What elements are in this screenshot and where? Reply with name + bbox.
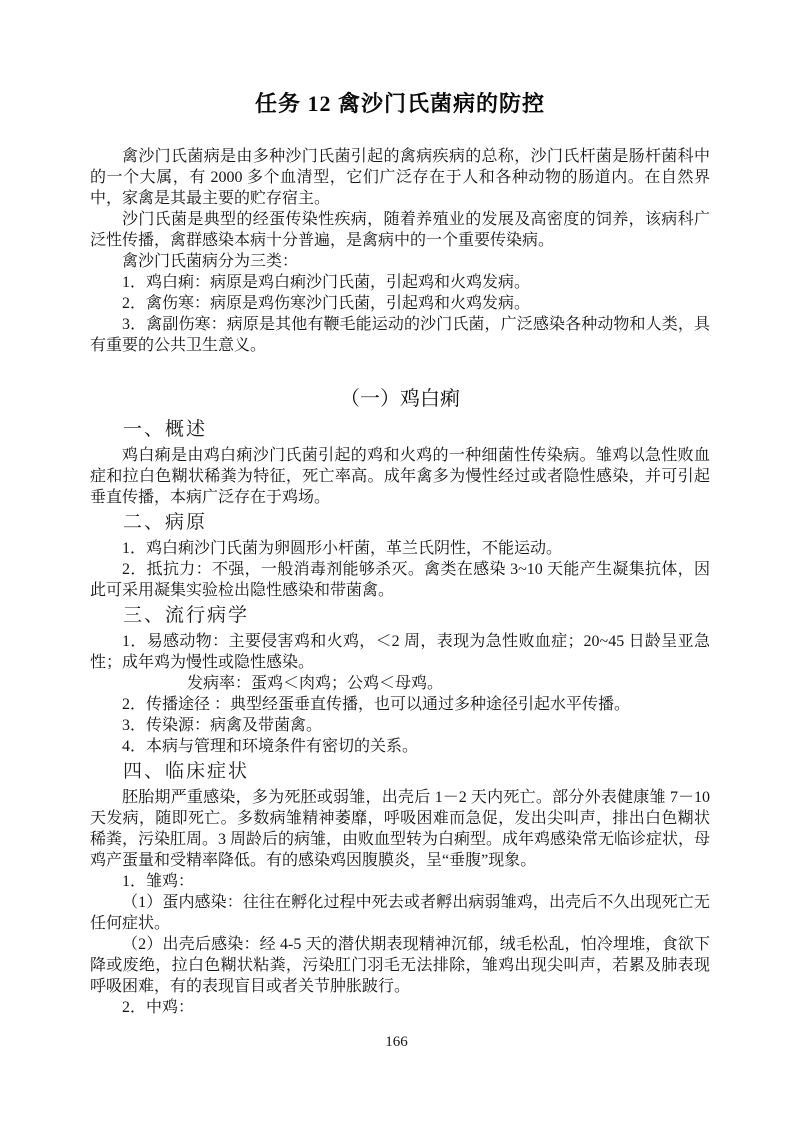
body-paragraph: （2）出壳后感染：经 4-5 天的潜伏期表现精神沉郁，绒毛松乱，怕冷埋堆，食欲下… xyxy=(90,934,710,997)
intro-list-item: 3．禽副伤寒：病原是其他有鞭毛能运动的沙门氏菌，广泛感染各种动物和人类，具有重要… xyxy=(90,314,710,356)
section-title: （一）鸡白痢 xyxy=(90,386,710,413)
body-paragraph: （1）蛋内感染：往往在孵化过程中死去或者孵出病弱雏鸡，出壳后不久出现死亡无任何症… xyxy=(90,892,710,934)
subsection-heading-clinical-signs: 四、临床症状 xyxy=(123,759,710,785)
intro-list-item: 2．禽伤寒：病原是鸡伤寒沙门氏菌，引起鸡和火鸡发病。 xyxy=(90,293,710,314)
body-paragraph: 3．传染源：病禽及带菌禽。 xyxy=(90,715,710,736)
intro-list-item: 1．鸡白痢：病原是鸡白痢沙门氏菌，引起鸡和火鸡发病。 xyxy=(90,272,710,293)
body-paragraph: 1．雏鸡： xyxy=(90,871,710,892)
body-paragraph: 胚胎期严重感染，多为死胚或弱雏，出壳后 1－2 天内死亡。部分外表健康雏 7－1… xyxy=(90,787,710,871)
intro-paragraph: 禽沙门氏菌病是由多种沙门氏菌引起的禽病疾病的总称，沙门氏杆菌是肠杆菌科中的一个大… xyxy=(90,146,710,209)
page-number: 166 xyxy=(0,1032,793,1052)
intro-paragraph: 禽沙门氏菌病分为三类： xyxy=(90,251,710,272)
body-paragraph: 2．传播途径 ：典型经蛋垂直传播，也可以通过多种途径引起水平传播。 xyxy=(90,694,710,715)
document-page: 任务 12 禽沙门氏菌病的防控 禽沙门氏菌病是由多种沙门氏菌引起的禽病疾病的总称… xyxy=(0,0,793,1122)
subsection-heading-overview: 一、概述 xyxy=(123,417,710,443)
body-paragraph: 1．鸡白痢沙门氏菌为卵圆形小杆菌，革兰氏阴性，不能运动。 xyxy=(90,538,710,559)
body-paragraph: 发病率：蛋鸡＜肉鸡；公鸡＜母鸡。 xyxy=(90,673,710,694)
body-paragraph: 2．抵抗力：不强，一般消毒剂能够杀灭。禽类在感染 3~10 天能产生凝集抗体，因… xyxy=(90,559,710,601)
body-paragraph: 鸡白痢是由鸡白痢沙门氏菌引起的鸡和火鸡的一种细菌性传染病。雏鸡以急性败血症和拉白… xyxy=(90,445,710,508)
intro-paragraph: 沙门氏菌是典型的经蛋传染性疾病，随着养殖业的发展及高密度的饲养，该病科广泛性传播… xyxy=(90,209,710,251)
subsection-heading-pathogen: 二、病原 xyxy=(123,510,710,536)
body-paragraph: 4．本病与管理和环境条件有密切的关系。 xyxy=(90,736,710,757)
subsection-heading-epidemiology: 三、流行病学 xyxy=(123,603,710,629)
page-title: 任务 12 禽沙门氏菌病的防控 xyxy=(90,90,710,118)
body-paragraph: 1．易感动物：主要侵害鸡和火鸡，＜2 周，表现为急性败血症；20~45 日龄呈亚… xyxy=(90,631,710,673)
body-paragraph: 2．中鸡： xyxy=(90,997,710,1018)
